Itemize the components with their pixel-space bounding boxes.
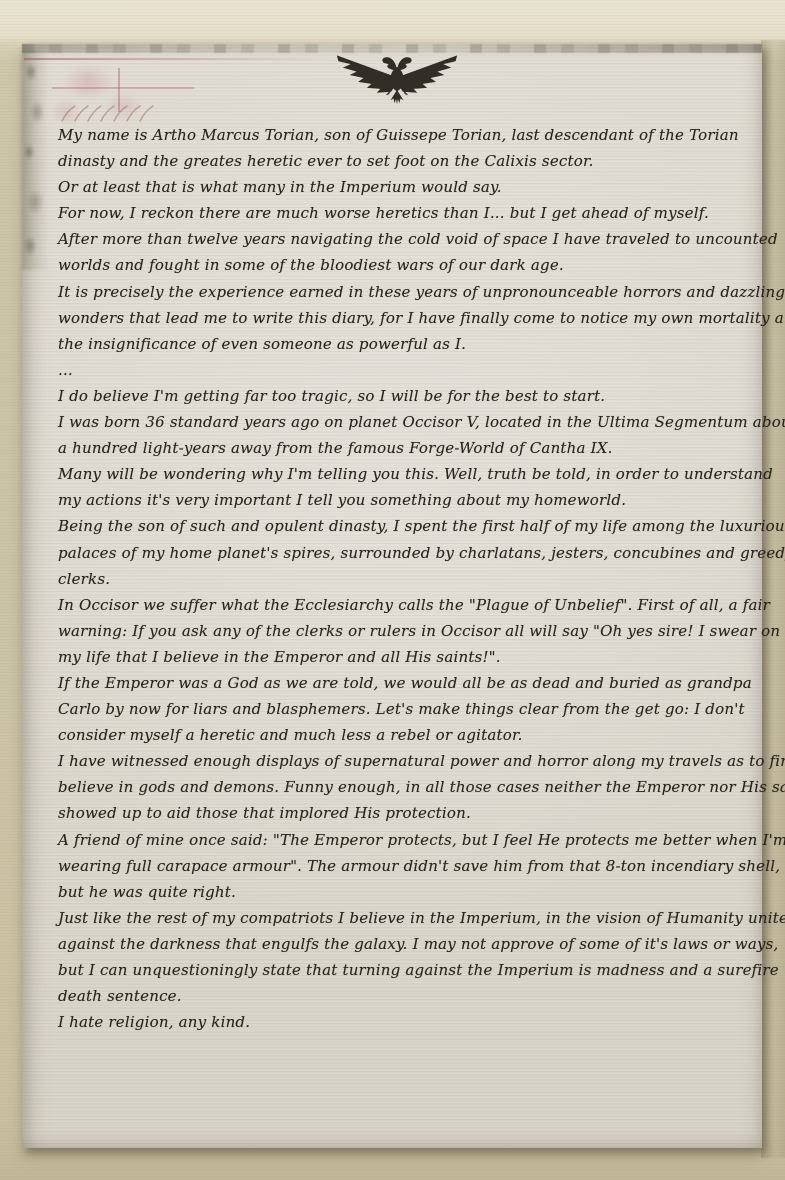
diary-line: palaces of my home planet's spires, surr… bbox=[58, 540, 752, 566]
diary-line: consider myself a heretic and much less … bbox=[58, 722, 752, 748]
diary-line: a hundred light-years away from the famo… bbox=[58, 435, 752, 461]
diary-line: wonders that lead me to write this diary… bbox=[58, 305, 752, 331]
paper-left-edge-grunge bbox=[22, 50, 58, 270]
stamp-line-horizontal bbox=[52, 87, 194, 89]
diary-line: I hate religion, any kind. bbox=[58, 1009, 752, 1035]
diary-line: I have witnessed enough displays of supe… bbox=[58, 748, 752, 774]
diary-line: showed up to aid those that implored His… bbox=[58, 800, 752, 826]
diary-line: It is precisely the experience earned in… bbox=[58, 279, 752, 305]
diary-line: In Occisor we suffer what the Ecclesiarc… bbox=[58, 592, 752, 618]
diary-line: my actions it's very important I tell yo… bbox=[58, 487, 752, 513]
diary-line: ... bbox=[58, 357, 752, 383]
diary-line: dinasty and the greates heretic ever to … bbox=[58, 148, 752, 174]
diary-line: wearing full carapace armour". The armou… bbox=[58, 853, 752, 879]
diary-line: For now, I reckon there are much worse h… bbox=[58, 200, 752, 226]
diary-text: My name is Artho Marcus Torian, son of G… bbox=[58, 122, 752, 1035]
diary-line: believe in gods and demons. Funny enough… bbox=[58, 774, 752, 800]
diary-page: My name is Artho Marcus Torian, son of G… bbox=[22, 44, 762, 1148]
diary-line: Or at least that is what many in the Imp… bbox=[58, 174, 752, 200]
diary-line: A friend of mine once said: "The Emperor… bbox=[58, 827, 752, 853]
diary-line: I was born 36 standard years ago on plan… bbox=[58, 409, 752, 435]
diary-line: warning: If you ask any of the clerks or… bbox=[58, 618, 752, 644]
diary-line: If the Emperor was a God as we are told,… bbox=[58, 670, 752, 696]
diary-line: clerks. bbox=[58, 566, 752, 592]
diary-line: My name is Artho Marcus Torian, son of G… bbox=[58, 122, 752, 148]
diary-line: Carlo by now for liars and blasphemers. … bbox=[58, 696, 752, 722]
diary-line: After more than twelve years navigating … bbox=[58, 226, 752, 252]
diary-line: my life that I believe in the Emperor an… bbox=[58, 644, 752, 670]
stamp-line-top bbox=[24, 58, 334, 60]
diary-line: worlds and fought in some of the bloodie… bbox=[58, 252, 752, 278]
diary-line: against the darkness that engulfs the ga… bbox=[58, 931, 752, 957]
diary-line: Being the son of such and opulent dinast… bbox=[58, 513, 752, 539]
diary-line: but I can unquestioningly state that tur… bbox=[58, 957, 752, 983]
diary-line: Many will be wondering why I'm telling y… bbox=[58, 461, 752, 487]
diary-line: the insignificance of even someone as po… bbox=[58, 331, 752, 357]
diary-line: death sentence. bbox=[58, 983, 752, 1009]
diary-line: Just like the rest of my compatriots I b… bbox=[58, 905, 752, 931]
diary-line: but he was quite right. bbox=[58, 879, 752, 905]
imperial-aquila-icon bbox=[328, 47, 466, 107]
diary-line: I do believe I'm getting far too tragic,… bbox=[58, 383, 752, 409]
